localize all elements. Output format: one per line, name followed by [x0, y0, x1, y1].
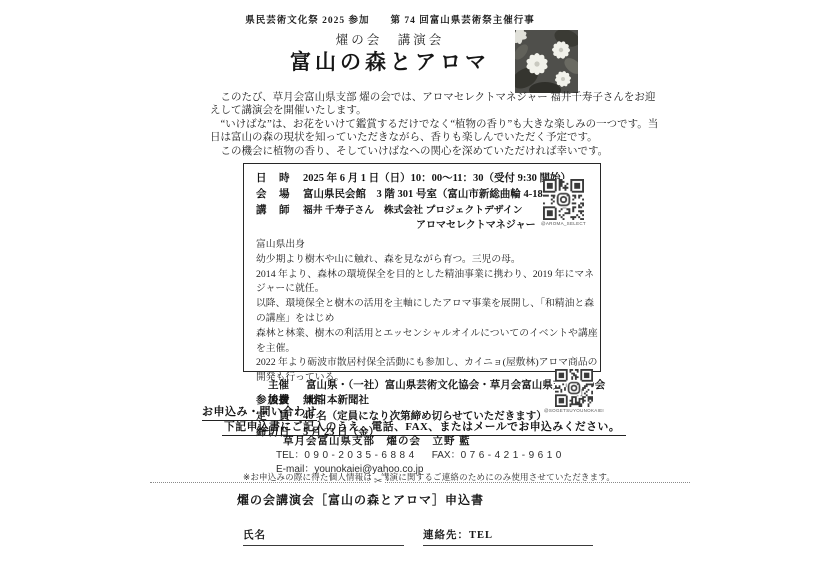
flower-photo: [515, 30, 578, 93]
info-value: 2025 年 6 月 1 日（日）10：00〜11：30（受付 9:30 開始）: [303, 171, 571, 187]
flyer-document: 県民芸術文化祭 2025 参加 第 74 回富山県芸術祭主催行事 燿の会 講演会…: [0, 0, 840, 570]
contact-tel-field: 連絡先：TEL: [423, 527, 593, 546]
fax-number: 076-421-9610: [461, 450, 565, 461]
info-label: 日 時: [256, 171, 303, 187]
qr-instagram-sogetsu: @SOGETSUYOUNOKAIEI: [544, 369, 604, 413]
intro-paragraph: この機会に植物の香り、そしていけばなへの関心を深めていただければ幸いです。: [210, 145, 663, 158]
bio-line: 2014 年より、森林の環境保全を目的とした精油事業に携わり、2019 年にマネ…: [256, 268, 601, 298]
bio-line: 幼少期より樹木や山に触れ、森を見ながら育つ。三児の母。: [256, 253, 601, 268]
lecturer-bio: 富山県出身 幼少期より樹木や山に触れ、森を見ながら育つ。三児の母。 2014 年…: [256, 238, 601, 386]
application-form-title: 燿の会講演会［富山の森とアロマ］申込書: [237, 491, 484, 508]
bio-line: 富山県出身: [256, 238, 601, 253]
info-label: 会 場: [256, 187, 303, 203]
name-field: 氏名: [243, 527, 404, 546]
qr-instagram-aroma: @AROMA_SELECT: [541, 179, 586, 226]
intro-paragraph: “いけばな”は、お花をいけて鑑賞するだけでなく“植物の香り”も大きな楽しみの一つ…: [210, 118, 663, 145]
info-value: 福井 千寿子さん 株式会社 プロジェクトデザイン: [303, 203, 523, 219]
scissors-icon: ✂: [371, 476, 385, 487]
tel-fax-line: TEL：090-2035-6884FAX：076-421-9610: [276, 446, 565, 461]
qr-caption: @SOGETSUYOUNOKAIEI: [544, 408, 604, 413]
event-note: 県民芸術文化祭 2025 参加 第 74 回富山県芸術祭主催行事: [5, 12, 775, 26]
page-title: 富山の森とアロマ: [5, 46, 775, 76]
intro-paragraphs: このたび、草月会富山県支部 燿の会では、アロマセレクトマネジャー 福井千寿子さん…: [210, 91, 663, 158]
bio-line: 森林と林業、樹木の利活用とエッセンシャルオイルについてのイベントや講座を主催。: [256, 327, 601, 357]
info-value: 富山県民会館 3 階 301 号室（富山市新総曲輪 4-18）: [303, 187, 553, 203]
intro-paragraph: このたび、草月会富山県支部 燿の会では、アロマセレクトマネジャー 福井千寿子さん…: [210, 91, 663, 118]
fax-label: FAX：: [432, 450, 461, 461]
host-label: 主催: [268, 379, 306, 394]
info-label: 講 師: [256, 203, 303, 219]
qr-code-icon: [543, 179, 584, 220]
bio-line: 以降、環境保全と樹木の活用を主軸にしたアロマ事業を展開し、「和精油と森の講座」を…: [256, 297, 601, 327]
qr-caption: @AROMA_SELECT: [541, 221, 586, 226]
qr-code-icon: [555, 369, 593, 407]
cut-line: [150, 482, 690, 483]
